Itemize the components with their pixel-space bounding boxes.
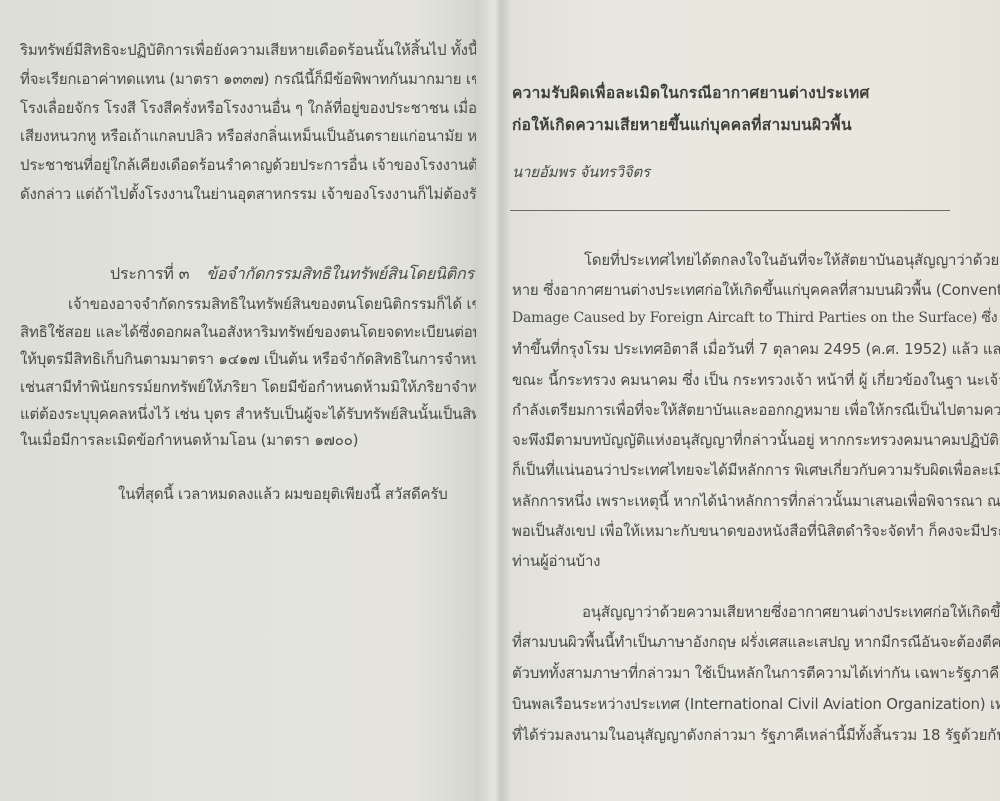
text-line: เจ้าของอาจจำกัดกรรมสิทธิในทรัพย์สินของตน… (68, 292, 490, 316)
text-line: บินพลเรือนระหว่างประเทศ (International C… (512, 692, 1000, 716)
text-line: ตัวบททั้งสามภาษาที่กล่าวมา ใช้เป็นหลักใน… (512, 661, 1000, 685)
text-line: ริมทรัพย์มีสิทธิจะปฏิบัติการเพื่อยังความ… (20, 38, 490, 62)
text-line: พอเป็นสังเขป เพื่อให้เหมาะกับขนาดของหนัง… (512, 519, 1000, 543)
text-line: กำลังเตรียมการเพื่อที่จะให้สัตยาบันและออ… (512, 398, 1000, 422)
section-number: ประการที่ ๓ (110, 264, 189, 283)
text-line: เช่นสามีทำพินัยกรรม์ยกทรัพย์ให้ภริยา โดย… (20, 375, 490, 399)
text-line: โรงเลื่อยจักร โรงสี โรงสีครั่งหรือโรงงาน… (20, 96, 490, 120)
text-line: โดยที่ประเทศไทยได้ตกลงใจในอันที่จะให้สัต… (584, 248, 1000, 272)
section-title: ข้อจำกัดกรรมสิทธิในทรัพย์สินโดยนิติกรรม (206, 264, 490, 283)
text-line: Damage Caused by Foreign Aircaft to Thir… (512, 307, 997, 329)
text-line: ในเมื่อมีการละเมิดข้อกำหนดห้ามโอน (มาตรา… (20, 428, 358, 452)
text-line: ให้บุตรมีสิทธิเก็บกินตามมาตรา ๑๔๑๗ เป็นต… (20, 347, 490, 371)
text-line: ดังกล่าว แต่ถ้าไปตั้งโรงงานในย่านอุตสาหก… (20, 182, 490, 206)
text-line: ขณะ นี้กระทรวง คมนาคม ซึ่ง เป็น กระทรวงเ… (512, 368, 1000, 392)
text-line: เสียงหนวกหู หรือเถ้าแกลบปลิว หรือส่งกลิ่… (20, 124, 490, 148)
text-line: ก็เป็นที่แน่นอนว่าประเทศไทยจะได้มีหลักกา… (512, 458, 1000, 482)
closing-line: ในที่สุดนี้ เวลาหมดลงแล้ว ผมขอยุติเพียงน… (118, 482, 448, 506)
text-line: ทำขึ้นที่กรุงโรม ประเทศอิตาลี เมื่อวันที… (512, 337, 1000, 361)
text-line: ที่สามบนผิวพื้นนี้ทำเป็นภาษาอังกฤษ ฝรั่ง… (512, 630, 1000, 654)
text-line: ที่จะเรียกเอาค่าทดแทน (มาตรา ๑๓๓๗) กรณีน… (20, 67, 490, 91)
left-page-body: ริมทรัพย์มีสิทธิจะปฏิบัติการเพื่อยังความ… (0, 0, 490, 801)
article-title-line-2: ก่อให้เกิดความเสียหายขึ้นแก่บุคคลที่สามบ… (512, 112, 852, 137)
text-line: หาย ซึ่งอากาศยานต่างประเทศก่อให้เกิดขึ้น… (512, 278, 1000, 302)
text-line: อนุสัญญาว่าด้วยความเสียหายซึ่งอากาศยานต่… (582, 600, 1000, 624)
right-page-body: ความรับผิดเพื่อละเมิดในกรณีอากาศยานต่างป… (510, 0, 1000, 801)
text-line: ประชาชนที่อยู่ใกล้เคียงเดือดร้อนรำคาญด้ว… (20, 153, 490, 177)
text-line: ท่านผู้อ่านบ้าง (512, 549, 600, 573)
section-heading: ประการที่ ๓ ข้อจำกัดกรรมสิทธิในทรัพย์สิน… (110, 262, 490, 287)
text-line: แต่ต้องระบุบุคคลหนึ่งไว้ เช่น บุตร สำหรั… (20, 402, 490, 426)
divider-line (510, 210, 950, 211)
text-line: สิทธิใช้สอย และได้ซึ่งดอกผลในอสังหาริมทร… (20, 320, 490, 344)
text-line: หลักการหนึ่ง เพราะเหตุนี้ หากได้นำหลักกา… (512, 489, 1000, 513)
text-line: จะพึงมีตามบทบัญญัติแห่งอนุสัญญาที่กล่าวน… (512, 428, 1000, 452)
author-name: นายอัมพร จันทรวิจิตร (512, 160, 650, 184)
left-page: ริมทรัพย์มีสิทธิจะปฏิบัติการเพื่อยังความ… (0, 0, 490, 801)
text-line: ที่ได้ร่วมลงนามในอนุสัญญาดังกล่าวมา รัฐภ… (512, 723, 1000, 747)
right-page: ความรับผิดเพื่อละเมิดในกรณีอากาศยานต่างป… (510, 0, 1000, 801)
article-title-line-1: ความรับผิดเพื่อละเมิดในกรณีอากาศยานต่างป… (512, 80, 870, 105)
